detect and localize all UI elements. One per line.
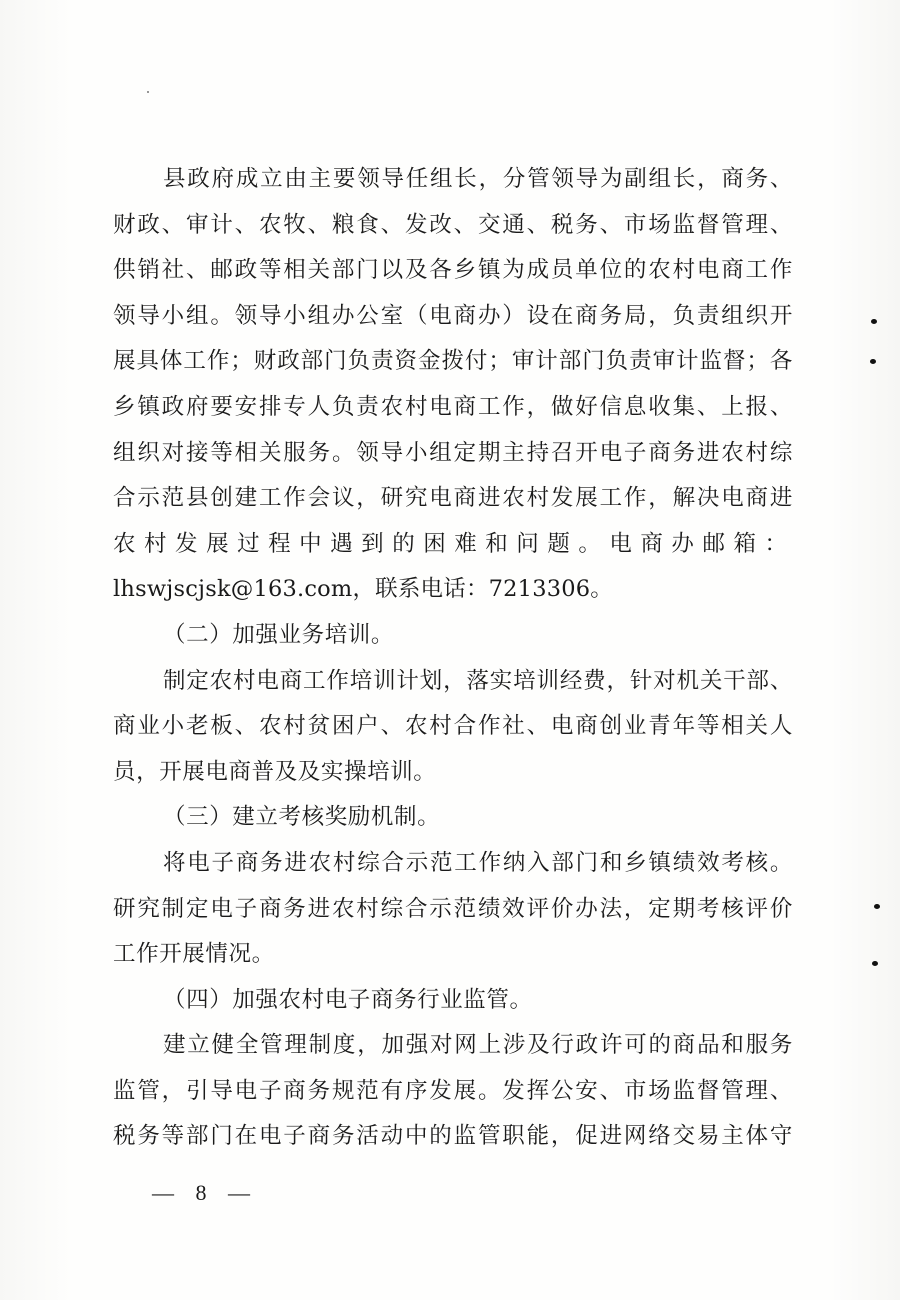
body-text: 县政府成立由主要领导任组长，分管领导为副组长，商务、 财政、审计、农牧、粮食、发… xyxy=(113,157,793,1160)
contact-line: lhswjscjsk@163.com，联系电话：7213306。 xyxy=(113,567,793,613)
section-heading-2: （二）加强业务培训。 xyxy=(113,613,793,659)
paragraph-line: 组织对接等相关服务。领导小组定期主持召开电子商务进农村综 xyxy=(113,431,793,477)
binding-hole-mark xyxy=(872,961,878,966)
paragraph-line: 乡镇政府要安排专人负责农村电商工作，做好信息收集、上报、 xyxy=(113,385,793,431)
paragraph-line: 员，开展电商普及及实操培训。 xyxy=(113,750,793,796)
paragraph-line: 将电子商务进农村综合示范工作纳入部门和乡镇绩效考核。 xyxy=(113,841,793,887)
document-page: 县政府成立由主要领导任组长，分管领导为副组长，商务、 财政、审计、农牧、粮食、发… xyxy=(0,0,900,1300)
paragraph-line: 展具体工作；财政部门负责资金拨付；审计部门负责审计监督；各 xyxy=(113,339,793,385)
paragraph-line: 领导小组。领导小组办公室（电商办）设在商务局，负责组织开 xyxy=(113,294,793,340)
paragraph-line: 合示范县创建工作会议，研究电商进农村发展工作，解决电商进 xyxy=(113,476,793,522)
paragraph-line: 供销社、邮政等相关部门以及各乡镇为成员单位的农村电商工作 xyxy=(113,248,793,294)
paragraph-line: 县政府成立由主要领导任组长，分管领导为副组长，商务、 xyxy=(113,157,793,203)
paragraph-line: 研究制定电子商务进农村综合示范绩效评价办法，定期考核评价 xyxy=(113,887,793,933)
paragraph-line: 财政、审计、农牧、粮食、发改、交通、税务、市场监督管理、 xyxy=(113,203,793,249)
paragraph-line: 监管，引导电子商务规范有序发展。发挥公安、市场监督管理、 xyxy=(113,1069,793,1115)
binding-hole-mark xyxy=(874,904,880,909)
paragraph-line: 建立健全管理制度，加强对网上涉及行政许可的商品和服务 xyxy=(113,1023,793,1069)
paragraph-line: 制定农村电商工作培训计划，落实培训经费，针对机关干部、 xyxy=(113,659,793,705)
paragraph-line: 农村发展过程中遇到的困难和问题。电商办邮箱： xyxy=(113,522,793,568)
paragraph-line: 商业小老板、农村贫困户、农村合作社、电商创业青年等相关人 xyxy=(113,704,793,750)
paragraph-line: 工作开展情况。 xyxy=(113,932,793,978)
binding-hole-mark xyxy=(871,319,877,324)
binding-hole-mark xyxy=(870,359,876,364)
paragraph-line: 税务等部门在电子商务活动中的监管职能，促进网络交易主体守 xyxy=(113,1114,793,1160)
section-heading-4: （四）加强农村电子商务行业监管。 xyxy=(113,978,793,1024)
scan-speck xyxy=(147,91,149,93)
section-heading-3: （三）建立考核奖励机制。 xyxy=(113,795,793,841)
page-number: — 8 — xyxy=(152,1180,258,1206)
